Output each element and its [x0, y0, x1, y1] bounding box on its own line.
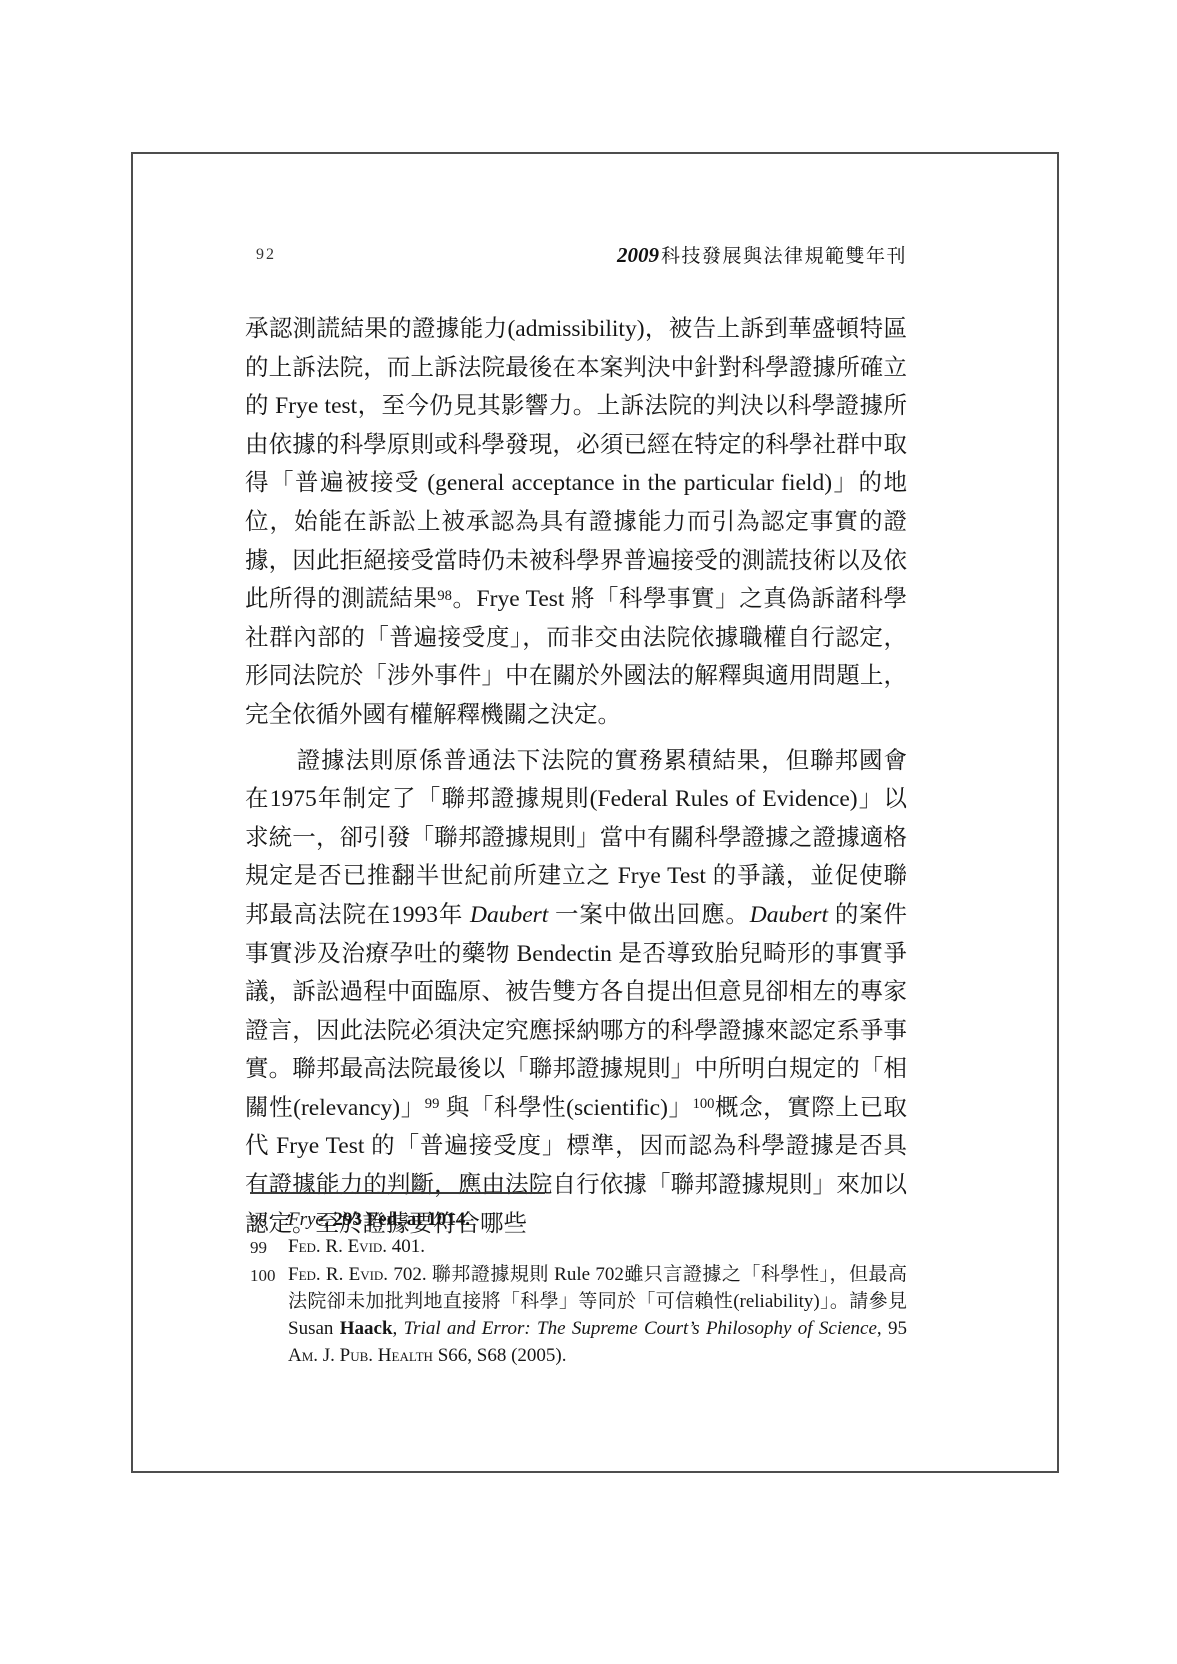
text-segment: Daubert — [470, 902, 548, 928]
text-segment: S66, S68 (2005). — [433, 1345, 567, 1366]
body-text: 承認測謊結果的證據能力(admissibility)，被告上訴到華盛頓特區的上訴… — [245, 310, 907, 1243]
footnotes: 98Frye, 293 Fed. at 1014.99Fed. R. Evid.… — [250, 1206, 907, 1370]
footnote-text: Fed. R. Evid. 702. 聯邦證據規則 Rule 702雖只言證據之… — [288, 1264, 907, 1367]
text-segment: 的案件事實涉及治療孕吐的藥物 Bendectin 是否導致胎兒畸形的事實爭議，訴… — [245, 902, 907, 1121]
text-segment: 證據法則原係普通法下法院的實務累積結果，但聯邦國會在1975年制定了「聯邦證據規… — [245, 748, 907, 928]
text-segment: Daubert — [750, 902, 828, 928]
footnote-number: 99 — [250, 1234, 267, 1261]
text-segment: Am. J. Pub. Health — [288, 1345, 433, 1366]
footnote-text: Fed. R. Evid. 401. — [288, 1236, 425, 1257]
footnote-number: 100 — [250, 1262, 276, 1289]
text-segment: Frye — [288, 1209, 324, 1230]
journal-header: 2009科技發展與法律規範雙年刊 — [617, 241, 907, 268]
journal-title: 科技發展與法律規範雙年刊 — [661, 246, 907, 267]
footnote-reference: 98 — [437, 588, 452, 604]
text-segment: 293 Fed. at 1014. — [333, 1209, 470, 1230]
body-paragraph-2: 證據法則原係普通法下法院的實務累積結果，但聯邦國會在1975年制定了「聯邦證據規… — [245, 742, 907, 1244]
text-segment: 承認測謊結果的證據能力(admissibility)，被告上訴到華盛頓特區的上訴… — [245, 316, 907, 612]
footnote-separator-rule — [250, 1192, 545, 1194]
journal-year: 2009 — [617, 243, 659, 267]
text-segment: Trial and Error: The Supreme Court’s Phi… — [404, 1318, 877, 1339]
body-paragraph-1: 承認測謊結果的證據能力(admissibility)，被告上訴到華盛頓特區的上訴… — [245, 310, 907, 735]
text-segment: Fed. R. Evid. 702. — [288, 1264, 432, 1285]
page-number: 92 — [256, 246, 276, 264]
text-segment: 與「科學性(scientific)」 — [439, 1095, 692, 1121]
text-segment: 一案中做出回應。 — [548, 902, 749, 928]
footnote-number: 98 — [250, 1207, 267, 1234]
footnote-98: 98Frye, 293 Fed. at 1014. — [250, 1206, 907, 1233]
text-segment: Fed. R. Evid. 401. — [288, 1236, 425, 1257]
footnote-reference: 99 — [425, 1096, 440, 1112]
footnote-100: 100Fed. R. Evid. 702. 聯邦證據規則 Rule 702雖只言… — [250, 1261, 907, 1370]
footnote-99: 99Fed. R. Evid. 401. — [250, 1233, 907, 1260]
footnote-reference: 100 — [693, 1096, 715, 1112]
text-segment: , 95 — [877, 1318, 907, 1339]
text-segment: , — [393, 1318, 404, 1339]
footnote-text: Frye, 293 Fed. at 1014. — [288, 1209, 470, 1230]
text-segment: Haack — [340, 1318, 393, 1339]
text-segment: , — [324, 1209, 334, 1230]
